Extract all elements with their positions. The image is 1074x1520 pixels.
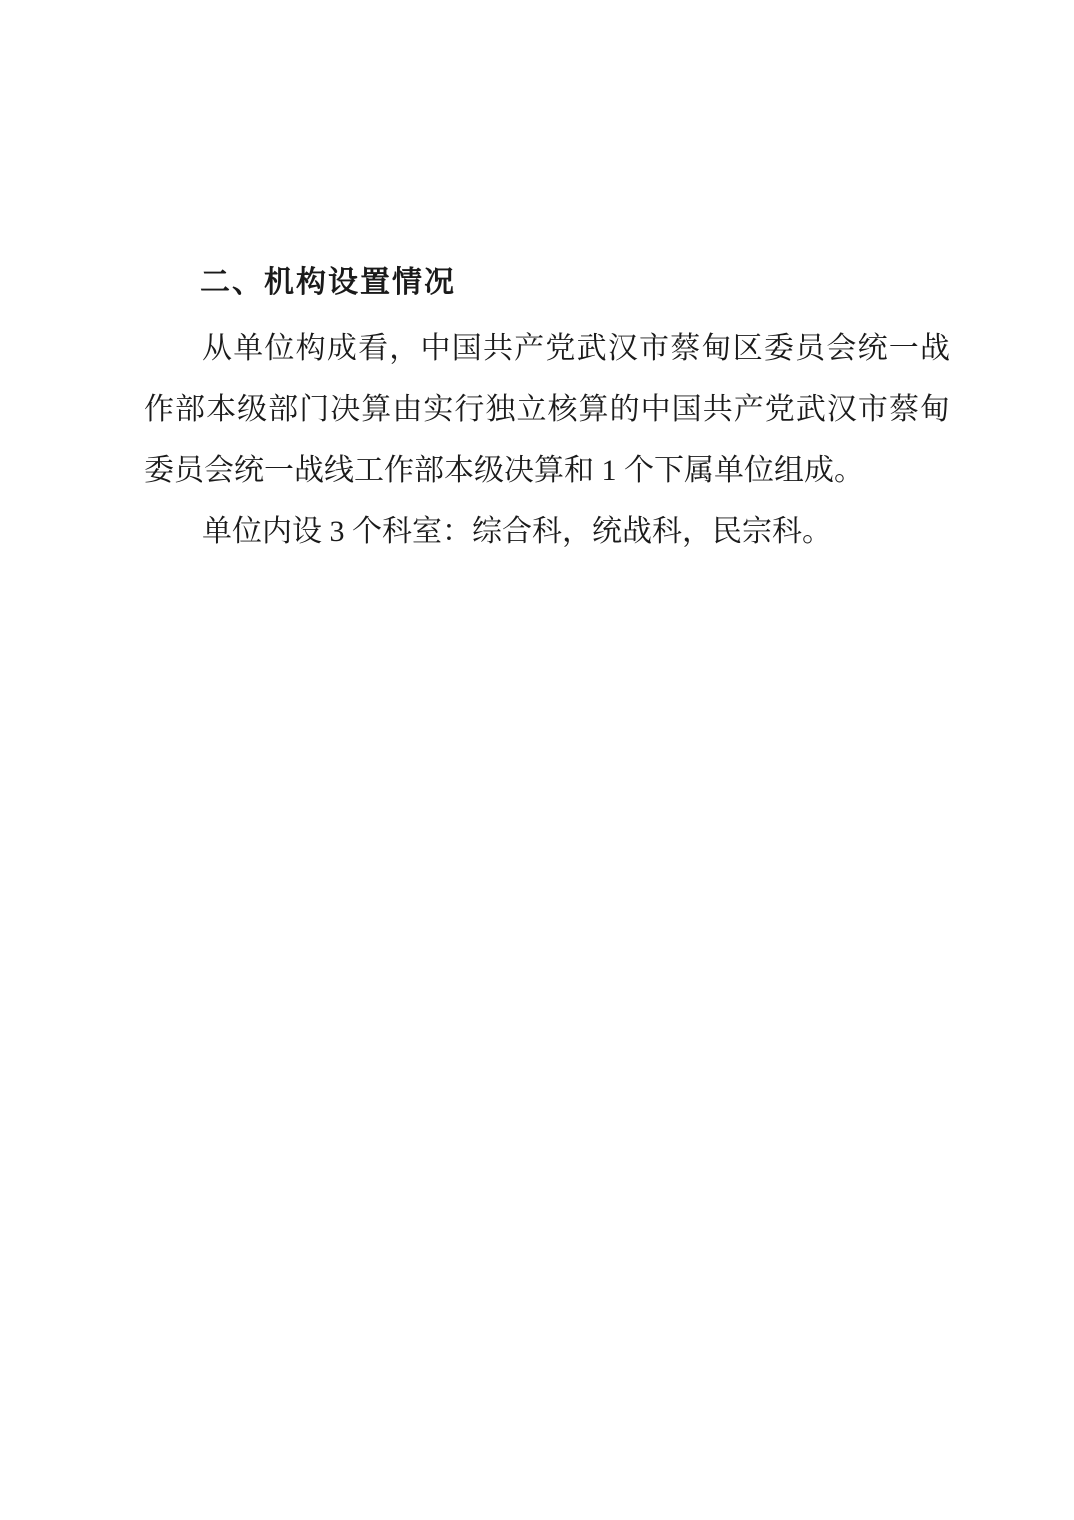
paragraph-line: 作部本级部门决算由实行独立核算的中国共产党武汉市蔡甸区 (144, 379, 950, 440)
paragraph-line: 单位内设 3 个科室：综合科，统战科，民宗科。 (144, 501, 950, 562)
paragraph-internal-offices: 单位内设 3 个科室：综合科，统战科，民宗科。 (144, 501, 950, 562)
paragraph-line: 委员会统一战线工作部本级决算和 1 个下属单位组成。 (144, 440, 950, 501)
document-page: 二、机构设置情况 从单位构成看，中国共产党武汉市蔡甸区委员会统一战线工 作部本级… (0, 0, 1074, 1520)
paragraph-org-composition: 从单位构成看，中国共产党武汉市蔡甸区委员会统一战线工 作部本级部门决算由实行独立… (144, 318, 950, 501)
section-heading: 二、机构设置情况 (200, 252, 456, 313)
paragraph-line: 从单位构成看，中国共产党武汉市蔡甸区委员会统一战线工 (144, 318, 950, 379)
